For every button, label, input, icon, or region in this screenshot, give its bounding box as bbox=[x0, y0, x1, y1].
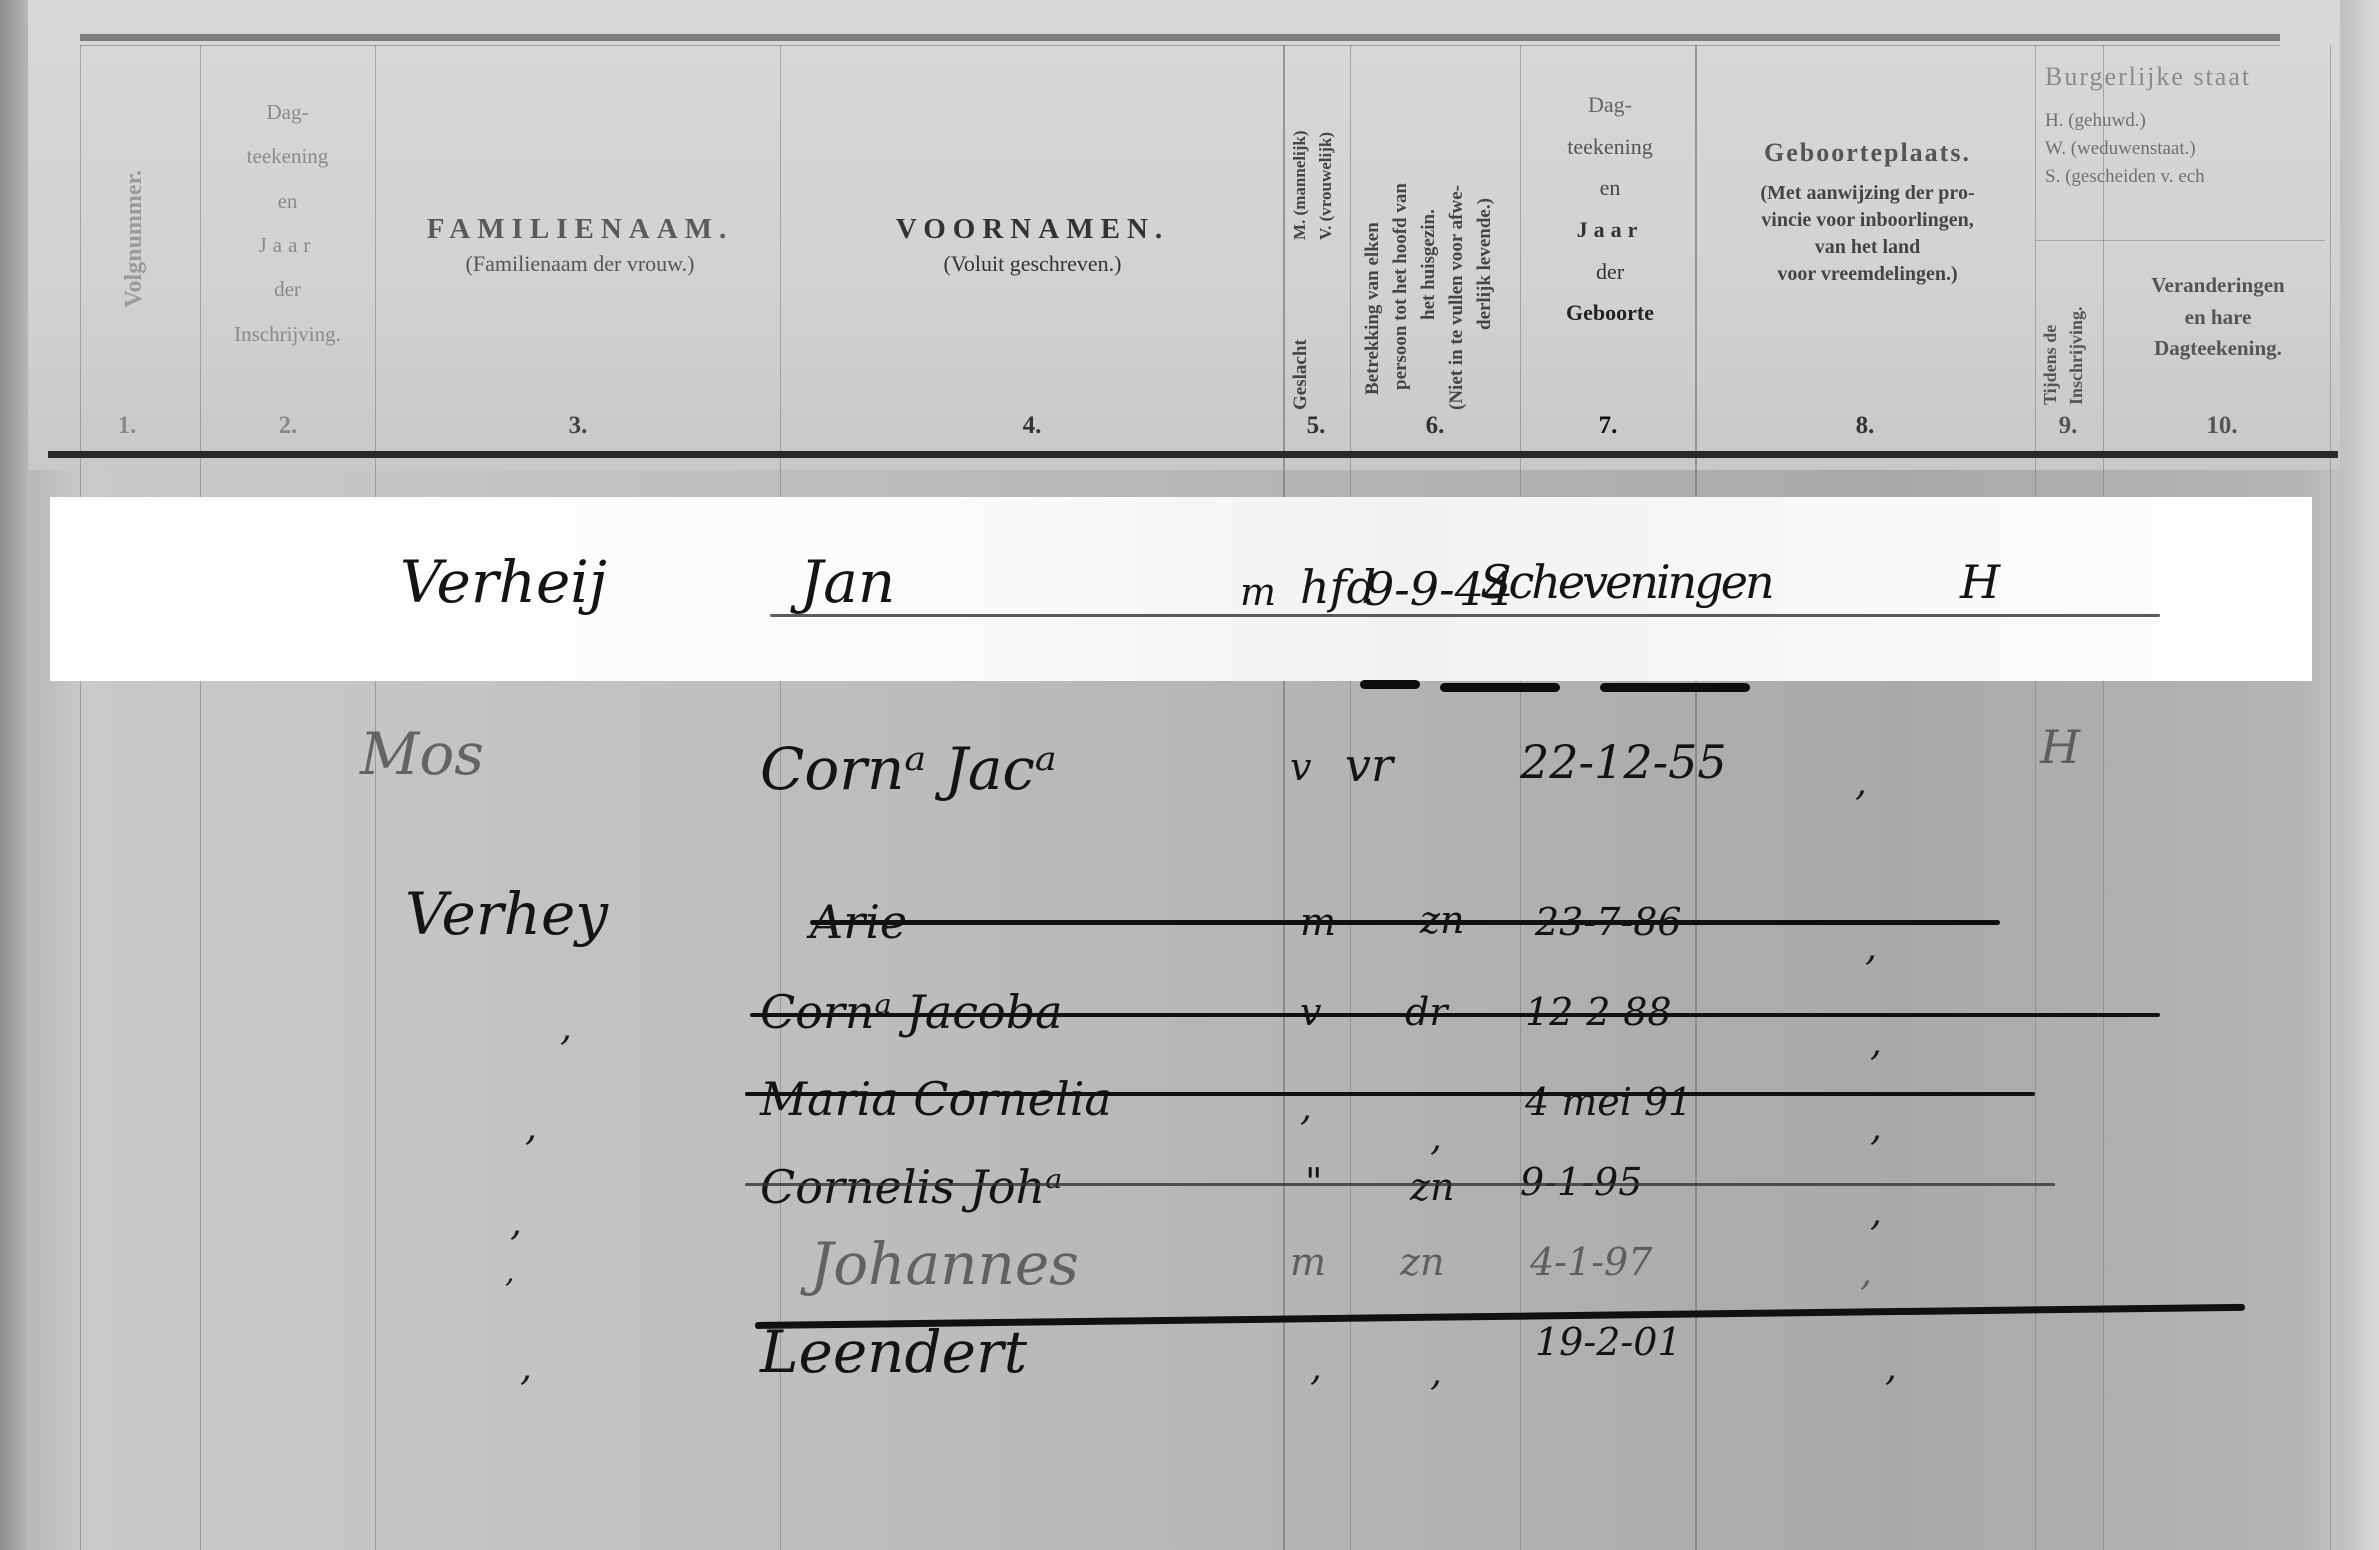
column-rule bbox=[1520, 45, 1521, 1550]
header-col10-line: Dagteekening. bbox=[2108, 333, 2328, 365]
entry-betrekking: zn bbox=[1410, 1165, 1455, 1209]
header-col4-title: VOORNAMEN. bbox=[785, 210, 1280, 249]
entry-betrekking: dr bbox=[1405, 990, 1448, 1034]
header-col2-line: en bbox=[205, 187, 370, 215]
header-col3-title: FAMILIENAAM. bbox=[380, 210, 780, 249]
header-col8: Geboorteplaats. (Met aanwijzing der pro-… bbox=[1700, 135, 2035, 288]
header-col7-line: der bbox=[1525, 257, 1695, 287]
entry-geslacht: m bbox=[1240, 570, 1276, 614]
header-top-rule bbox=[80, 34, 2280, 41]
column-rule bbox=[2103, 45, 2104, 1550]
entry-geslacht: , bbox=[1310, 1345, 1322, 1389]
entry-familienaam: , bbox=[560, 1005, 572, 1049]
header-col8-number: 8. bbox=[1835, 412, 1895, 440]
header-col8-line: vincie voor inboorlingen, bbox=[1700, 207, 2035, 234]
header-burgerlijke-staat-line: W. (weduwenstaat.) bbox=[2045, 138, 2196, 160]
entry-strikethrough bbox=[750, 1013, 2160, 1017]
header-col9-number: 9. bbox=[2038, 412, 2098, 440]
header-col8-line: (Met aanwijzing der pro- bbox=[1700, 180, 2035, 207]
entry-betrekking: , bbox=[1430, 1350, 1442, 1394]
entry-geboorteplaats: Scheveningen bbox=[1480, 555, 1772, 609]
entry-geboorteplaats: , bbox=[1885, 1345, 1897, 1389]
entry-burgerlijke-staat: H bbox=[2040, 720, 2080, 774]
header-col6-line: derlijk levende.) bbox=[1474, 130, 1497, 330]
ink-blot bbox=[1440, 683, 1560, 692]
entry-familienaam: , bbox=[520, 1345, 532, 1389]
header-col2-label: Dag- teekening en Jaar der Inschrijving. bbox=[205, 98, 370, 348]
header-col3-subtitle: (Familienaam der vrouw.) bbox=[380, 249, 780, 279]
header-col10-line: Veranderingen bbox=[2108, 270, 2328, 302]
header-col8-title: Geboorteplaats. bbox=[1700, 135, 2035, 170]
header-col7-line: Jaar bbox=[1525, 215, 1695, 245]
entry-geslacht: " bbox=[1305, 1160, 1322, 1204]
entry-familienaam: Verheij bbox=[400, 548, 607, 616]
header-col1-label: Volgnummer. bbox=[120, 170, 149, 308]
header-col9-line: Tijdens de bbox=[2040, 255, 2062, 405]
header-burgerlijke-staat-title: Burgerlijke staat bbox=[2045, 62, 2251, 92]
header-col10-number: 10. bbox=[2192, 412, 2252, 440]
entry-familienaam: Mos bbox=[360, 720, 484, 788]
header-top-thin-rule bbox=[80, 45, 2280, 46]
entry-voornamen: Cornᵃ Jacoba bbox=[760, 985, 1063, 1039]
header-col5-option-v: V. (vrouwelijk) bbox=[1316, 80, 1336, 240]
entry-betrekking: , bbox=[1430, 1115, 1442, 1159]
column-rule bbox=[375, 45, 376, 1550]
header-col7-line: Dag- bbox=[1525, 90, 1695, 120]
header-col1-number: 1. bbox=[97, 412, 157, 440]
page-right-edge bbox=[2340, 0, 2379, 1550]
header-bottom-rule bbox=[48, 451, 2338, 458]
entry-familienaam: , bbox=[505, 1255, 515, 1290]
header-col2-line: Inschrijving. bbox=[205, 320, 370, 348]
header-col2-line: teekening bbox=[205, 142, 370, 170]
column-rule bbox=[1695, 45, 1697, 1550]
entry-geboorteplaats: , bbox=[1865, 925, 1877, 969]
entry-voornamen: Maria Cornelia bbox=[760, 1072, 1112, 1126]
entry-geslacht: v bbox=[1290, 745, 1311, 789]
column-rule bbox=[1283, 45, 1285, 1550]
header-col3: FAMILIENAAM. (Familienaam der vrouw.) bbox=[380, 210, 780, 279]
entry-geboortedatum: 22-12-55 bbox=[1520, 735, 1727, 789]
header-burgerlijke-staat-line: H. (gehuwd.) bbox=[2045, 110, 2146, 132]
entry-strikethrough bbox=[745, 1183, 2055, 1186]
header-col9-line: Inschrijving. bbox=[2066, 255, 2088, 405]
header-col6-line: het huisgezin. bbox=[1418, 140, 1441, 320]
header-burgerlijke-staat-line: S. (gescheiden v. ech bbox=[2045, 166, 2205, 188]
entry-burgerlijke-staat: H bbox=[1960, 555, 2000, 609]
entry-geboortedatum: 19-2-01 bbox=[1535, 1320, 1682, 1364]
header-col2-number: 2. bbox=[258, 412, 318, 440]
header-col5-number: 5. bbox=[1286, 412, 1346, 440]
entry-voornamen: Cornelis Johᵃ bbox=[760, 1160, 1062, 1214]
header-col4-number: 4. bbox=[1002, 412, 1062, 440]
entry-familienaam: , bbox=[525, 1105, 537, 1149]
header-col5-option-m: M. (mannelijk) bbox=[1290, 80, 1310, 240]
page-left-edge bbox=[0, 0, 28, 1550]
entry-strikethrough bbox=[755, 1304, 2245, 1329]
entry-familienaam: Verhey bbox=[405, 880, 608, 948]
header-col10-line: en hare bbox=[2108, 302, 2328, 334]
entry-geboorteplaats: , bbox=[1870, 1105, 1882, 1149]
header-col2-line: Dag- bbox=[205, 98, 370, 126]
header-col5-geslacht: Geslacht bbox=[1290, 339, 1311, 410]
header-col6-line: (Niet in te vullen voor afwe- bbox=[1446, 50, 1469, 410]
entry-strikethrough bbox=[810, 920, 2000, 925]
column-rule bbox=[2330, 45, 2331, 1550]
header-col4: VOORNAMEN. (Voluit geschreven.) bbox=[785, 210, 1280, 279]
header-col3-number: 3. bbox=[548, 412, 608, 440]
header-col8-line: voor vreemdelingen.) bbox=[1700, 261, 2035, 288]
entry-voornamen: Johannes bbox=[810, 1230, 1079, 1298]
column-rule bbox=[200, 45, 201, 1550]
entry-geboorteplaats: , bbox=[1860, 1250, 1872, 1294]
ink-blot bbox=[1360, 680, 1420, 689]
entry-strikethrough bbox=[745, 1092, 2035, 1096]
entry-familienaam: , bbox=[510, 1200, 522, 1244]
burgerlijke-staat-divider bbox=[2035, 240, 2325, 241]
entry-betrekking: zn bbox=[1400, 1240, 1445, 1284]
entry-geboorteplaats: , bbox=[1870, 1190, 1882, 1234]
entry-geslacht: v bbox=[1300, 990, 1321, 1034]
entry-geboorteplaats: , bbox=[1855, 760, 1867, 804]
column-rule bbox=[2035, 45, 2036, 1550]
header-col7-number: 7. bbox=[1578, 412, 1638, 440]
header-col10-label: Veranderingen en hare Dagteekening. bbox=[2108, 270, 2328, 365]
entry-geboortedatum: 12-2-88 bbox=[1525, 990, 1672, 1034]
header-col7-line: en bbox=[1525, 173, 1695, 203]
header-col6-number: 6. bbox=[1405, 412, 1465, 440]
entry-voornamen: Cornᵃ Jacᵃ bbox=[760, 735, 1057, 803]
header-col2-line: Jaar bbox=[205, 231, 370, 259]
entry-geboortedatum: 4-1-97 bbox=[1530, 1240, 1652, 1284]
column-rule bbox=[1350, 45, 1351, 1550]
header-col6-line: persoon tot het hoofd van bbox=[1390, 70, 1413, 390]
header-col2-line: der bbox=[205, 275, 370, 303]
entry-geboortedatum: 4 mei 91 bbox=[1525, 1080, 1692, 1124]
header-col6-line: Betrekking van elken bbox=[1362, 95, 1385, 395]
entry-geboortedatum: 9-1-95 bbox=[1520, 1160, 1642, 1204]
entry-betrekking-vr: vr bbox=[1345, 738, 1393, 792]
entry-geslacht: m bbox=[1290, 1240, 1326, 1284]
column-rule bbox=[80, 45, 81, 1550]
header-col7-line: Geboorte bbox=[1525, 298, 1695, 328]
entry-voornamen: Jan bbox=[800, 548, 895, 616]
entry-geboorteplaats: , bbox=[1870, 1020, 1882, 1064]
header-col4-subtitle: (Voluit geschreven.) bbox=[785, 249, 1280, 279]
header-col7-label: Dag- teekening en Jaar der Geboorte bbox=[1525, 90, 1695, 328]
header-col8-line: van het land bbox=[1700, 234, 2035, 261]
header-col7-line: teekening bbox=[1525, 132, 1695, 162]
ink-blot bbox=[1600, 683, 1750, 692]
